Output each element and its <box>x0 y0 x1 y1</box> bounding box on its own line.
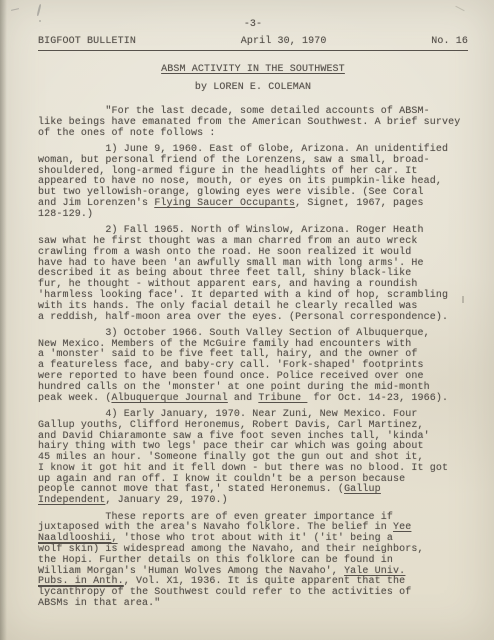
paragraph-text: for Oct. 14-23, 1966). <box>307 393 448 404</box>
underlined-text: that the <box>356 576 405 587</box>
article-title: ABSM ACTIVITY IN THE SOUTHWEST <box>38 65 468 76</box>
underlined-text: Gallup <box>344 484 381 495</box>
scan-edge-shadow <box>0 0 7 640</box>
paragraph: These reports are of even greater import… <box>38 513 468 610</box>
underlined-text: Yale Univ. <box>344 566 405 577</box>
underlined-text: Pubs. in Anth. <box>38 576 124 587</box>
underlined-text: wolf skin) is <box>38 544 118 555</box>
paragraph-text: "For the last decade, some detailed acco… <box>38 106 460 139</box>
paragraph-text: These reports are of even greater import… <box>38 512 393 534</box>
paragraph-text: , 'those who trot about with it' ('it' b… <box>111 533 393 544</box>
masthead-issue: No. 16 <box>431 37 468 48</box>
paragraph-text: 4) Early January, 1970. Near Zuni, New M… <box>38 409 448 496</box>
paper-scratch <box>455 6 464 12</box>
underlined-text: Yee <box>393 522 411 533</box>
pencil-mark <box>11 8 19 11</box>
masthead-title: BIGFOOT BULLETIN <box>38 37 136 48</box>
pencil-mark <box>37 4 41 16</box>
document-page: -3- BIGFOOT BULLETIN April 30, 1970 No. … <box>0 0 494 640</box>
paragraph: 3) October 1966. South Valley Section of… <box>38 329 468 405</box>
underlined-text: Albuquerque Journal <box>111 393 227 404</box>
page-number: -3- <box>38 20 468 31</box>
masthead: BIGFOOT BULLETIN April 30, 1970 No. 16 <box>38 37 468 51</box>
paragraph-text: , January 29, 1970.) <box>105 495 227 506</box>
underlined-text: Tribune <box>258 393 307 404</box>
paragraph: "For the last decade, some detailed acco… <box>38 107 468 139</box>
article-body: "For the last decade, some detailed acco… <box>38 107 468 610</box>
paragraph-text: , Vol. X1, 1936. It is quite apparent <box>124 576 357 587</box>
underlined-text: lycanthropy of <box>38 587 124 598</box>
paragraph-text: and <box>228 393 259 404</box>
paragraph: 1) June 9, 1960. East of Globe, Arizona.… <box>38 145 468 221</box>
masthead-date: April 30, 1970 <box>241 37 327 48</box>
underlined-text: Naaldlooshii <box>38 533 111 544</box>
article-byline: by LOREN E. COLEMAN <box>38 83 468 94</box>
paragraph: 4) Early January, 1970. Near Zuni, New M… <box>38 410 468 507</box>
paragraph-text: 2) Fall 1965. North of Winslow, Arizona.… <box>38 225 448 322</box>
underlined-text: Independent <box>38 495 105 506</box>
underlined-text: Flying Saucer Occupants <box>154 198 295 209</box>
paragraph: 2) Fall 1965. North of Winslow, Arizona.… <box>38 226 468 323</box>
